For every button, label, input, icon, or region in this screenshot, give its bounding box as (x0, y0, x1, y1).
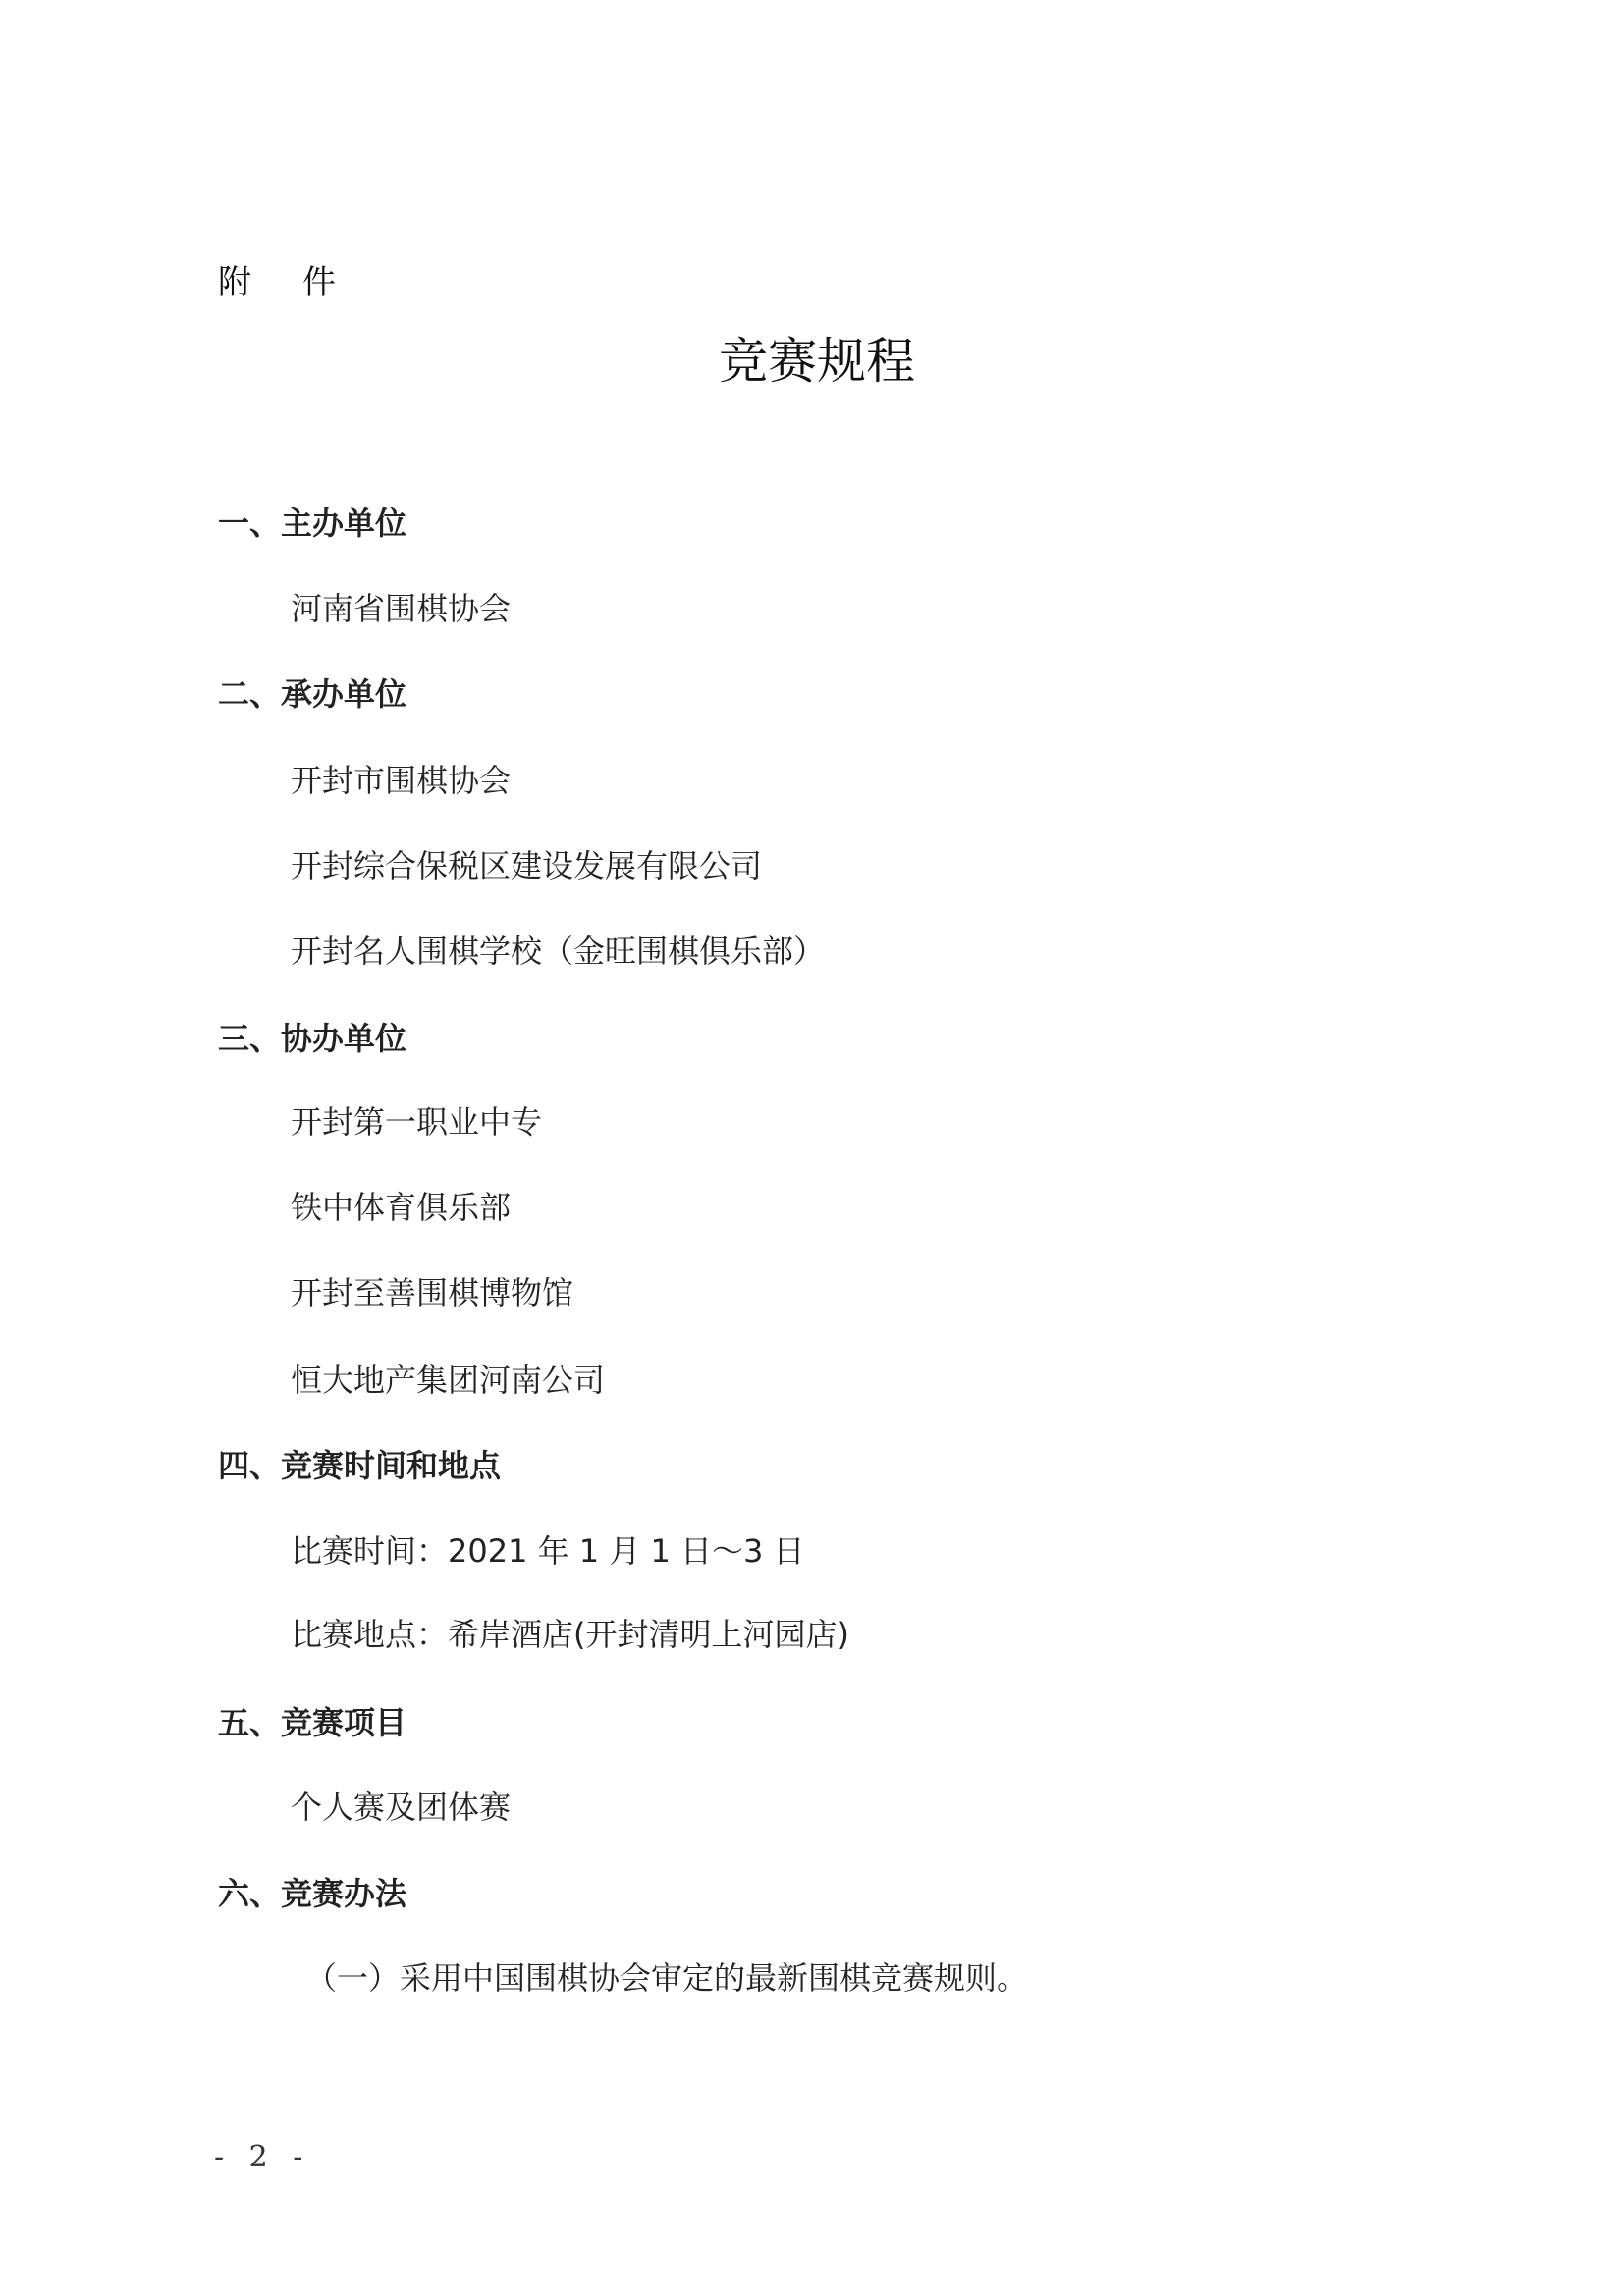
section-heading-time-place: 四、竞赛时间和地点 (218, 1446, 501, 1485)
co-organizer-item: 开封至善围棋博物馆 (291, 1273, 573, 1312)
page-number: - 2 - (214, 2140, 310, 2174)
host-item: 开封名人围棋学校（金旺围棋俱乐部） (291, 932, 825, 971)
match-venue: 比赛地点：希岸酒店(开封清明上河园店) (291, 1615, 849, 1654)
organizer-item: 河南省围棋协会 (291, 589, 511, 628)
section-heading-host: 二、承办单位 (218, 674, 406, 714)
attachment-label: 附件 (218, 263, 336, 302)
co-organizer-item: 铁中体育俱乐部 (291, 1188, 511, 1227)
match-time: 比赛时间：2021 年 1 月 1 日～3 日 (291, 1531, 805, 1571)
co-organizer-item: 开封第一职业中专 (291, 1102, 542, 1142)
events-item: 个人赛及团体赛 (291, 1788, 511, 1827)
section-heading-events: 五、竞赛项目 (218, 1703, 406, 1742)
host-item: 开封市围棋协会 (291, 761, 511, 800)
document-title: 竞赛规程 (0, 330, 1624, 393)
host-item: 开封综合保税区建设发展有限公司 (291, 846, 762, 885)
section-heading-methods: 六、竞赛办法 (218, 1874, 406, 1913)
section-heading-organizer: 一、主办单位 (218, 504, 406, 543)
attachment-char-1: 附 (218, 263, 251, 302)
attachment-char-2: 件 (302, 263, 336, 302)
co-organizer-item: 恒大地产集团河南公司 (291, 1361, 605, 1400)
section-heading-co-organizer: 三、协办单位 (218, 1019, 406, 1058)
methods-item: （一）采用中国围棋协会审定的最新围棋竞赛规则。 (305, 1958, 1028, 1998)
